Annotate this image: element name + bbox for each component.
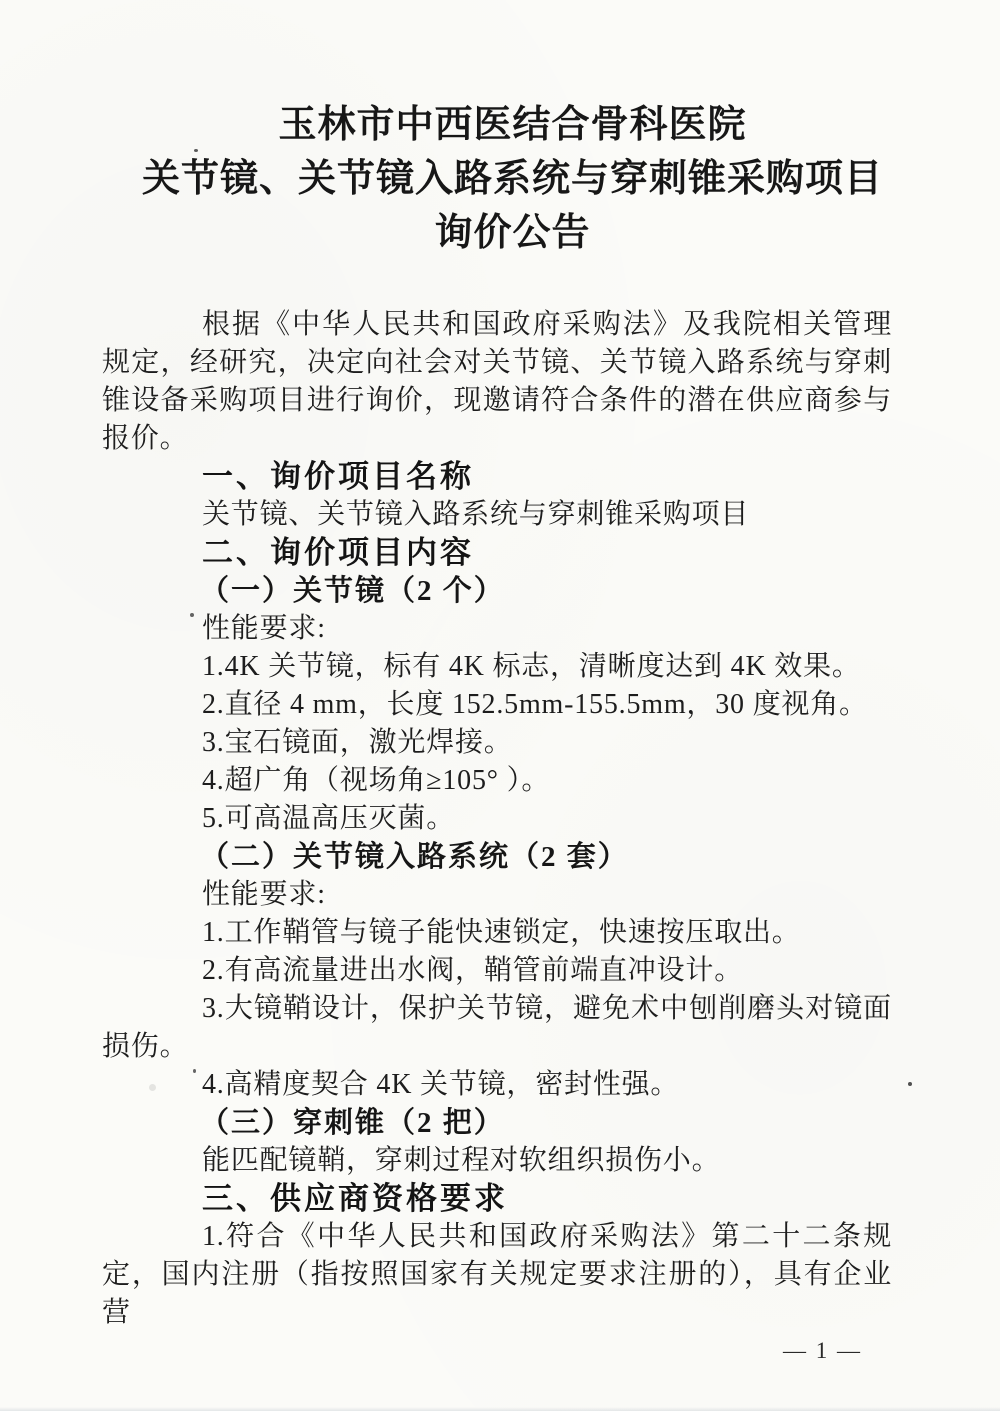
document-body: 根据《中华人民共和国政府采购法》及我院相关管理规定，经研究，决定向社会对关节镜、…: [102, 306, 892, 1332]
document-title: 玉林市中西医结合骨科医院 关节镜、关节镜入路系统与穿刺锥采购项目 询价公告: [125, 0, 900, 260]
section-heading-1: 一、询价项目名称: [102, 458, 892, 496]
spec-puncture-cone-1: 能匹配镜鞘，穿刺过程对软组织损伤小。: [102, 1142, 892, 1180]
scan-speck: [908, 1082, 912, 1086]
page-number: — 1 —: [783, 1338, 862, 1364]
spec-arthroscope-2: 2.直径 4 mm，长度 152.5mm-155.5mm，30 度视角。: [102, 686, 892, 724]
spec-arthroscope-3: 3.宝石镜面，激光焊接。: [102, 724, 892, 762]
subitem-heading-puncture-cone: （三）穿刺锥（2 把）: [102, 1104, 892, 1142]
performance-label-1: 性能要求:: [102, 610, 892, 648]
section-heading-2: 二、询价项目内容: [102, 534, 892, 572]
subitem-heading-access-system: （二）关节镜入路系统（2 套）: [102, 838, 892, 876]
scanned-document-page: 玉林市中西医结合骨科医院 关节镜、关节镜入路系统与穿刺锥采购项目 询价公告 根据…: [0, 0, 1000, 1411]
spec-access-system-4: 4.高精度契合 4K 关节镜，密封性强。: [102, 1066, 892, 1104]
subitem-heading-arthroscope: （一）关节镜（2 个）: [102, 572, 892, 610]
title-line-announcement-type: 询价公告: [125, 206, 900, 260]
scan-speck: [193, 1069, 196, 1073]
title-line-project-name: 关节镜、关节镜入路系统与穿刺锥采购项目: [125, 152, 900, 206]
scan-speck: [149, 1084, 156, 1091]
scan-bottom-edge: [0, 1407, 1000, 1411]
scan-speck: [194, 149, 198, 152]
spec-access-system-2: 2.有高流量进出水阀，鞘管前端直冲设计。: [102, 952, 892, 990]
spec-arthroscope-1: 1.4K 关节镜，标有 4K 标志，清晰度达到 4K 效果。: [102, 648, 892, 686]
section-heading-3: 三、供应商资格要求: [102, 1180, 892, 1218]
spec-access-system-1: 1.工作鞘管与镜子能快速锁定，快速按压取出。: [102, 914, 892, 952]
intro-paragraph: 根据《中华人民共和国政府采购法》及我院相关管理规定，经研究，决定向社会对关节镜、…: [102, 306, 892, 458]
spec-arthroscope-4: 4.超广角（视场角≥105° ）。: [102, 762, 892, 800]
spec-arthroscope-5: 5.可高温高压灭菌。: [102, 800, 892, 838]
supplier-qualification-1: 1.符合《中华人民共和国政府采购法》第二十二条规定，国内注册（指按照国家有关规定…: [102, 1218, 892, 1332]
scan-speck: [190, 613, 194, 617]
performance-label-2: 性能要求:: [102, 876, 892, 914]
spec-access-system-3: 3.大镜鞘设计，保护关节镜，避免术中刨削磨头对镜面损伤。: [102, 990, 892, 1066]
title-line-hospital-name: 玉林市中西医结合骨科医院: [125, 98, 900, 152]
project-name-text: 关节镜、关节镜入路系统与穿刺锥采购项目: [102, 496, 892, 534]
